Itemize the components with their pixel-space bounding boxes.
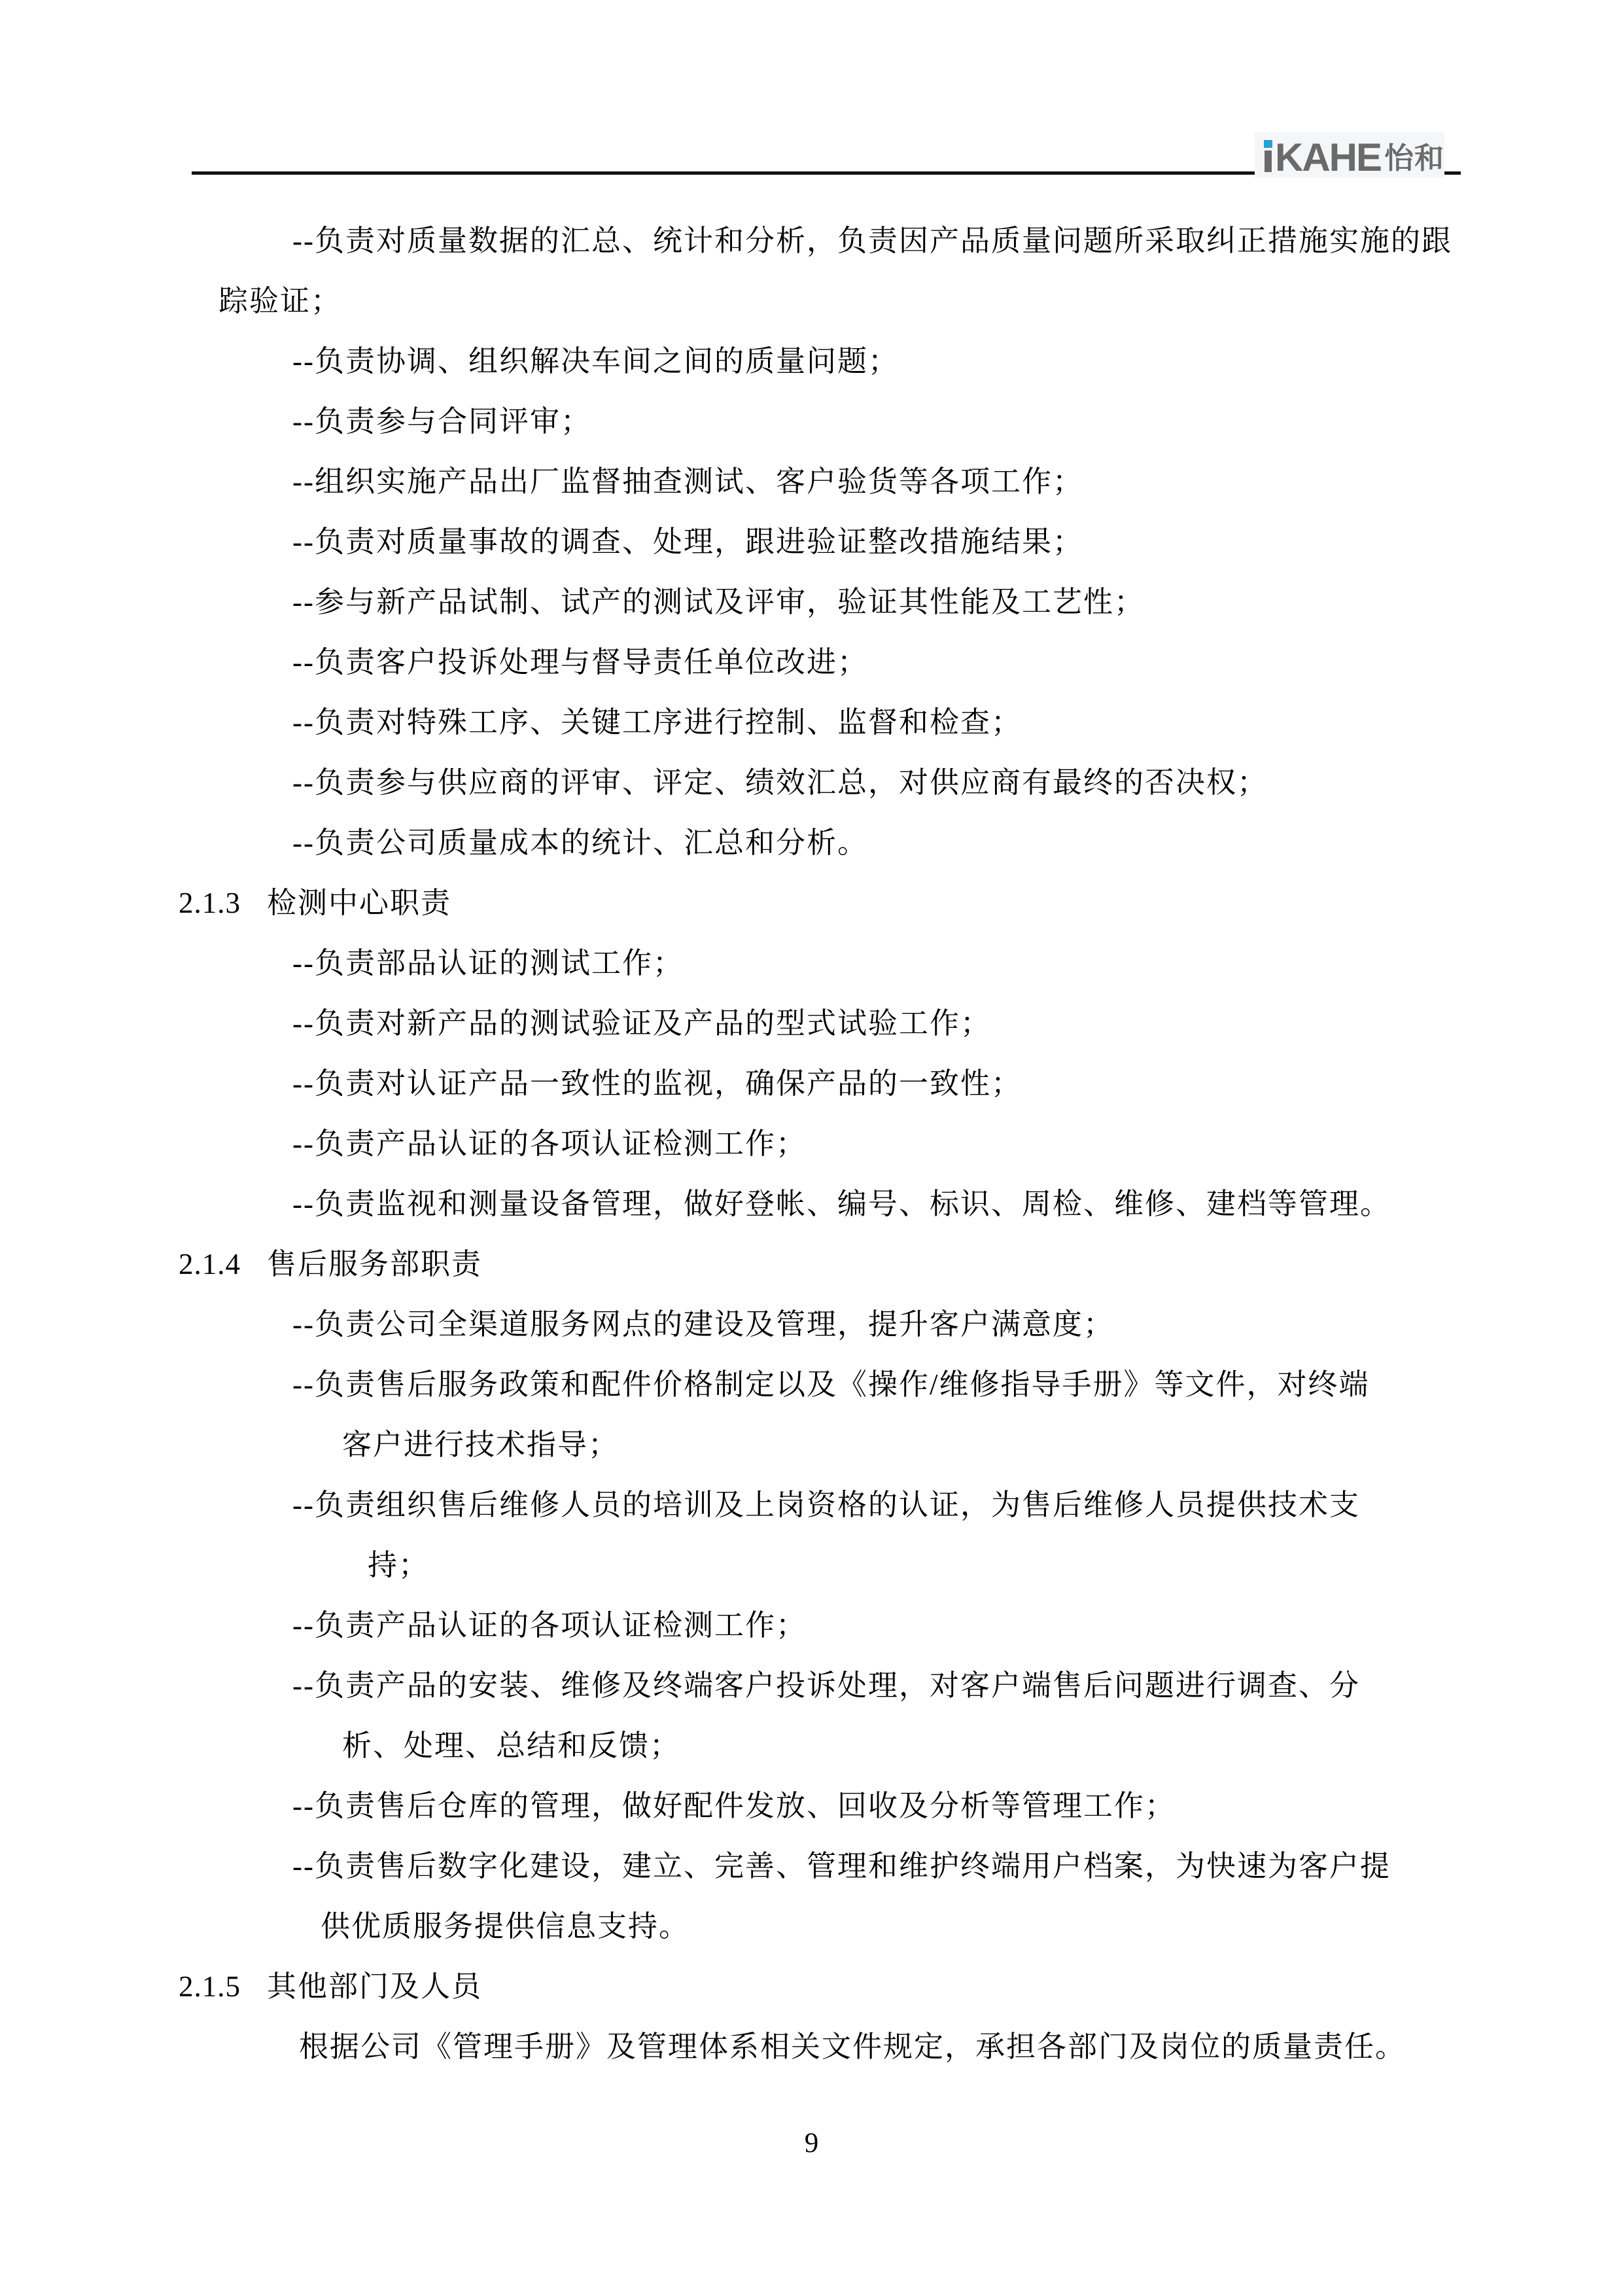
text-line: --负责参与供应商的评审、评定、绩效汇总，对供应商有最终的否决权；	[0, 752, 1623, 813]
section-number: 2.1.4	[179, 1248, 241, 1280]
text-line: --负责对特殊工序、关键工序进行控制、监督和检查；	[0, 692, 1623, 752]
section-title: 其他部门及人员	[267, 1970, 482, 2003]
text-line: --负责对质量数据的汇总、统计和分析，负责因产品质量问题所采取纠正措施实施的跟	[0, 211, 1623, 271]
section-number: 2.1.3	[179, 887, 241, 919]
text-line: --组织实施产品出厂监督抽查测试、客户验货等各项工作；	[0, 451, 1623, 512]
section-heading: 2.1.4售后服务部职责	[0, 1234, 1623, 1294]
text-line: --负责组织售后维修人员的培训及上岗资格的认证，为售后维修人员提供技术支	[0, 1475, 1623, 1535]
section-title: 售后服务部职责	[267, 1248, 482, 1280]
logo-i-stem	[1265, 150, 1272, 172]
text-line: --负责产品认证的各项认证检测工作；	[0, 1114, 1623, 1174]
text-line: --负责参与合同评审；	[0, 391, 1623, 451]
text-line: 客户进行技术指导；	[0, 1415, 1623, 1475]
text-line: --负责产品认证的各项认证检测工作；	[0, 1595, 1623, 1655]
text-line: --负责协调、组织解决车间之间的质量问题；	[0, 331, 1623, 391]
section-number: 2.1.5	[179, 1970, 241, 2003]
logo-text-latin: KAHE	[1275, 143, 1381, 172]
text-line: --负责售后服务政策和配件价格制定以及《操作/维修指导手册》等文件，对终端	[0, 1354, 1623, 1415]
section-heading: 2.1.3检测中心职责	[0, 873, 1623, 933]
text-line: --负责对新产品的测试验证及产品的型式试验工作；	[0, 993, 1623, 1053]
text-line: --负责部品认证的测试工作；	[0, 933, 1623, 993]
logo-letter-i-icon	[1264, 140, 1272, 172]
text-line: 供优质服务提供信息支持。	[0, 1896, 1623, 1956]
text-line: --负责对认证产品一致性的监视，确保产品的一致性；	[0, 1053, 1623, 1114]
text-line: 析、处理、总结和反馈；	[0, 1716, 1623, 1776]
text-line: --参与新产品试制、试产的测试及评审，验证其性能及工艺性；	[0, 572, 1623, 632]
document-body: --负责对质量数据的汇总、统计和分析，负责因产品质量问题所采取纠正措施实施的跟 …	[0, 211, 1623, 2077]
brand-logo: KAHE 怡和	[1255, 132, 1444, 178]
text-line: --负责公司全渠道服务网点的建设及管理，提升客户满意度；	[0, 1294, 1623, 1354]
text-line: 踪验证；	[0, 271, 1623, 331]
text-line: --负责公司质量成本的统计、汇总和分析。	[0, 813, 1623, 873]
text-line: --负责产品的安装、维修及终端客户投诉处理，对客户端售后问题进行调查、分	[0, 1655, 1623, 1716]
text-line: --负责客户投诉处理与督导责任单位改进；	[0, 632, 1623, 692]
text-line: --负责对质量事故的调查、处理，跟进验证整改措施结果；	[0, 512, 1623, 572]
logo-text-chinese: 怡和	[1384, 145, 1444, 172]
text-line: 根据公司《管理手册》及管理体系相关文件规定，承担各部门及岗位的质量责任。	[0, 2017, 1623, 2077]
section-title: 检测中心职责	[267, 887, 451, 919]
text-line: --负责售后数字化建设，建立、完善、管理和维护终端用户档案，为快速为客户提	[0, 1836, 1623, 1896]
text-line: 持；	[0, 1535, 1623, 1595]
logo-i-dot	[1264, 140, 1272, 148]
section-heading: 2.1.5其他部门及人员	[0, 1956, 1623, 2017]
document-page: KAHE 怡和 --负责对质量数据的汇总、统计和分析，负责因产品质量问题所采取纠…	[0, 0, 1623, 2296]
text-line: --负责监视和测量设备管理，做好登帐、编号、标识、周检、维修、建档等管理。	[0, 1174, 1623, 1234]
text-line: --负责售后仓库的管理，做好配件发放、回收及分析等管理工作；	[0, 1776, 1623, 1836]
page-number: 9	[0, 2124, 1623, 2163]
